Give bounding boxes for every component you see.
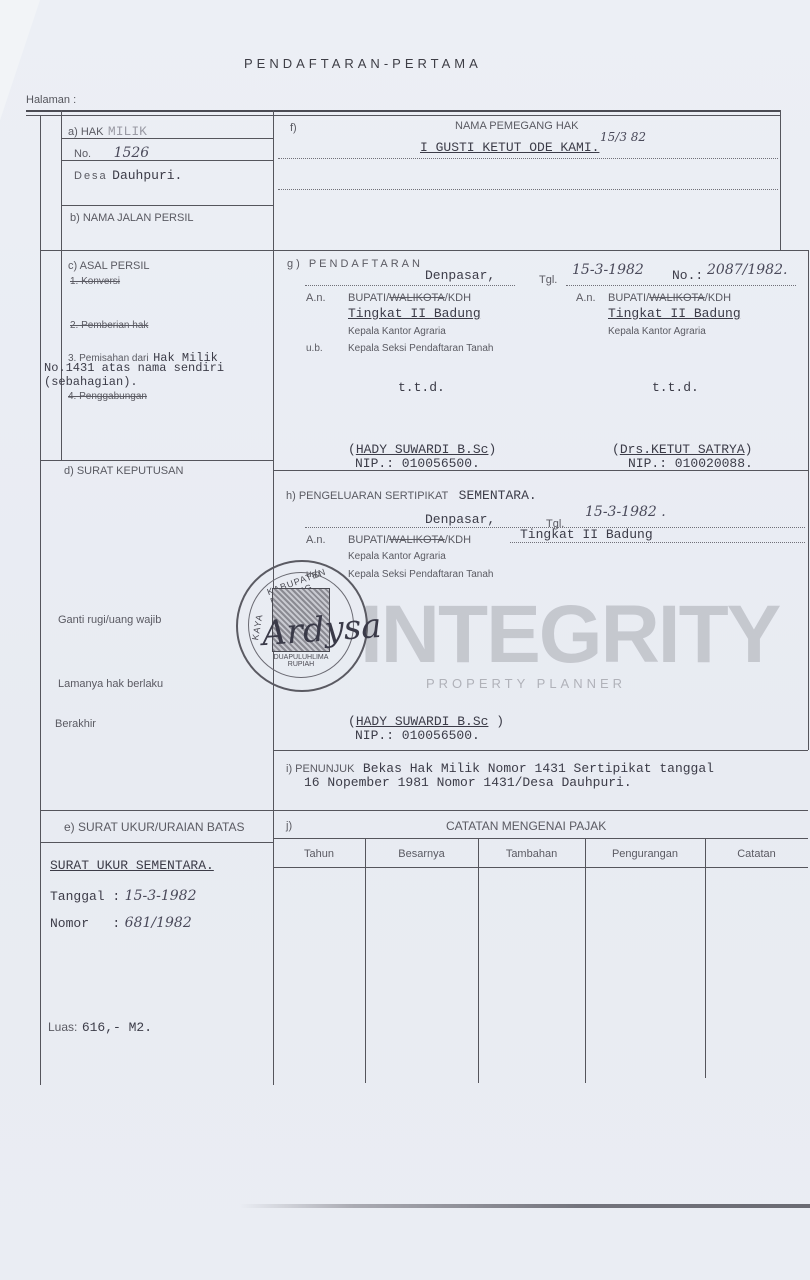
column-divider — [585, 838, 586, 1083]
h-signatory: (HADY SUWARDI B.Sc ) — [348, 714, 504, 729]
surat-ukur-value: SURAT UKUR SEMENTARA. — [50, 858, 214, 873]
g-left-nip: NIP.: 010056500. — [355, 456, 480, 471]
lamanya-hak-label: Lamanya hak berlaku — [58, 678, 163, 690]
g-right-an: A.n. — [576, 292, 596, 304]
halaman-label: Halaman : — [26, 94, 76, 106]
g-left-kepala: Kepala Kantor Agraria — [348, 326, 446, 337]
dotted-line — [566, 285, 796, 286]
desa-row: Desa Dauhpuri. — [74, 166, 182, 184]
dotted-line — [510, 542, 805, 543]
section-j-label: j) — [286, 820, 292, 832]
luas-row: Luas: 616,- M2. — [48, 1018, 152, 1036]
pengeluaran-typed: SEMENTARA. — [459, 488, 537, 503]
nomor-value: 681/1982 — [125, 915, 192, 931]
column-divider — [478, 838, 479, 1083]
column-divider — [365, 838, 366, 1083]
walikota-struck: WALIKOTA — [389, 292, 445, 304]
asal-persil-label: c) ASAL PERSIL — [68, 260, 150, 272]
penunjuk-line1: Bekas Hak Milik Nomor 1431 Sertipikat ta… — [363, 761, 714, 776]
dotted-line — [278, 158, 778, 159]
h-kepala-seksi: Kepala Seksi Pendaftaran Tanah — [348, 569, 493, 580]
g-date: 15-3-1982 — [572, 262, 644, 278]
g-right-ttd: t.t.d. — [652, 380, 699, 395]
tanggal-value: 15-3-1982 — [125, 888, 197, 904]
holder-annotation: 15/3 82 — [600, 130, 646, 144]
section-divider — [273, 750, 808, 751]
nomor-label: Nomor : — [50, 916, 120, 931]
row-divider — [273, 838, 808, 839]
left-border — [40, 115, 41, 1085]
pendaftaran-label: g) PENDAFTARAN — [287, 258, 423, 270]
bupati-text: BUPATI/ — [348, 292, 389, 304]
g-right-bupati: BUPATI/WALIKOTA/KDH — [608, 292, 731, 304]
pengeluaran-row: h) PENGELUARAN SERTIPIKAT SEMENTARA. — [286, 486, 537, 504]
section-f-label: f) — [290, 122, 297, 134]
h-kepala: Kepala Kantor Agraria — [348, 551, 446, 562]
nomor-row: Nomor : 681/1982 — [50, 914, 192, 932]
stamp-value: DUAPULUHLIMA RUPIAH — [268, 654, 334, 668]
section-divider — [40, 810, 808, 811]
g-left-an: A.n. — [306, 292, 326, 304]
h-place: Denpasar, — [425, 512, 495, 527]
bupati-text: BUPATI/ — [348, 534, 389, 546]
section-divider — [40, 460, 273, 461]
h-name: HADY SUWARDI B.Sc — [356, 714, 489, 729]
g-left-bupati: BUPATI/WALIKOTA/KDH — [348, 292, 471, 304]
luas-value: 616,- M2. — [82, 1020, 152, 1035]
hak-label: a) HAK — [68, 126, 103, 138]
desa-label: Desa — [74, 170, 108, 182]
row-divider — [61, 205, 273, 206]
g-right-tingkat: Tingkat II Badung — [608, 306, 741, 321]
berakhir-label: Berakhir — [55, 718, 96, 730]
asal-typed-line2: (sebahagian). — [44, 375, 138, 389]
holder-name: I GUSTI KETUT ODE KAMI. — [420, 140, 599, 155]
g-left-kepala-seksi: Kepala Seksi Pendaftaran Tanah — [348, 343, 493, 354]
top-rule — [26, 110, 781, 112]
row-divider — [273, 867, 808, 868]
hak-value: MILIK — [108, 124, 147, 139]
h-date: 15-3-1982 . — [585, 504, 666, 520]
row-divider — [61, 160, 273, 161]
penunjuk-line2: 16 Nopember 1981 Nomor 1431/Desa Dauhpur… — [304, 775, 632, 790]
g-left-signatory: (HADY SUWARDI B.Sc) — [348, 442, 496, 457]
inner-left-border — [61, 110, 62, 460]
bupati-text: BUPATI/ — [608, 292, 649, 304]
catatan-pajak-heading: CATATAN MENGENAI PAJAK — [446, 819, 606, 833]
no-label: No. — [74, 148, 91, 160]
column-header-pengurangan: Pengurangan — [585, 848, 705, 860]
section-divider — [40, 250, 808, 251]
row-divider — [61, 138, 273, 139]
surat-ukur-label: e) SURAT UKUR/URAIAN BATAS — [64, 820, 244, 834]
g-right-kepala: Kepala Kantor Agraria — [608, 326, 706, 337]
nama-jalan-label: b) NAMA JALAN PERSIL — [70, 212, 194, 224]
signature: Ardysa — [261, 606, 383, 654]
kdh-text: /KDH — [445, 534, 471, 546]
tanggal-row: Tanggal : 15-3-1982 — [50, 887, 196, 905]
ganti-rugi-label: Ganti rugi/uang wajib — [58, 614, 161, 626]
top-rule-inner — [26, 115, 781, 116]
h-an: A.n. — [306, 534, 326, 546]
g-right-signatory: (Drs.KETUT SATRYA) — [612, 442, 752, 457]
row-divider — [40, 842, 273, 843]
g-left-name: HADY SUWARDI B.Sc — [356, 442, 489, 457]
dotted-line — [278, 189, 778, 190]
tanggal-label: Tanggal : — [50, 889, 120, 904]
column-divider — [705, 838, 706, 1078]
g-no-value: 2087/1982. — [707, 262, 787, 278]
surat-keputusan-label: d) SURAT KEPUTUSAN — [64, 465, 183, 477]
kdh-text: /KDH — [705, 292, 731, 304]
h-nip: NIP.: 010056500. — [355, 728, 480, 743]
asal-typed-line1: No.1431 atas nama sendiri — [44, 361, 224, 375]
dotted-line — [305, 285, 515, 286]
g-tgl-label: Tgl. — [539, 274, 557, 286]
asal-item-2: 2. Pemberian hak — [70, 320, 148, 331]
section-divider — [273, 470, 808, 471]
right-border-top — [780, 110, 781, 250]
desa-value: Dauhpuri. — [112, 168, 182, 183]
h-bupati: BUPATI/WALIKOTA/KDH — [348, 534, 471, 546]
luas-label: Luas: — [48, 1020, 77, 1034]
pengeluaran-label: h) PENGELUARAN SERTIPIKAT — [286, 490, 448, 502]
walikota-struck: WALIKOTA — [649, 292, 705, 304]
penunjuk-label: i) PENUNJUK — [286, 763, 354, 775]
kdh-text: /KDH — [445, 292, 471, 304]
walikota-struck: WALIKOTA — [389, 534, 445, 546]
bottom-edge-smudge — [240, 1204, 810, 1208]
g-left-ub: u.b. — [306, 343, 323, 354]
column-header-catatan: Catatan — [705, 848, 808, 860]
asal-item-4: 4. Penggabungan — [68, 391, 147, 402]
column-header-tahun: Tahun — [273, 848, 365, 860]
no-value: 1526 — [114, 145, 150, 161]
nama-pemegang-hak-heading: NAMA PEMEGANG HAK — [455, 120, 578, 132]
g-right-name: Drs.KETUT SATRYA — [620, 442, 745, 457]
g-place: Denpasar, — [425, 268, 495, 283]
document-title: PENDAFTARAN-PERTAMA — [244, 56, 482, 71]
watermark-subtitle: PROPERTY PLANNER — [426, 676, 626, 691]
asal-item-1: 1. Konversi — [70, 276, 120, 287]
column-header-besarnya: Besarnya — [365, 848, 478, 860]
document-page: PENDAFTARAN-PERTAMA Halaman : a) HAK MIL… — [0, 0, 810, 1280]
right-border-mid — [808, 250, 809, 750]
g-no-label: No.: — [672, 268, 703, 283]
g-left-ttd: t.t.d. — [398, 380, 445, 395]
g-right-nip: NIP.: 010020088. — [628, 456, 753, 471]
column-header-tambahan: Tambahan — [478, 848, 585, 860]
h-tingkat: Tingkat II Badung — [520, 527, 653, 542]
watermark-logo: INTEGRITY — [360, 588, 779, 682]
g-left-tingkat: Tingkat II Badung — [348, 306, 481, 321]
